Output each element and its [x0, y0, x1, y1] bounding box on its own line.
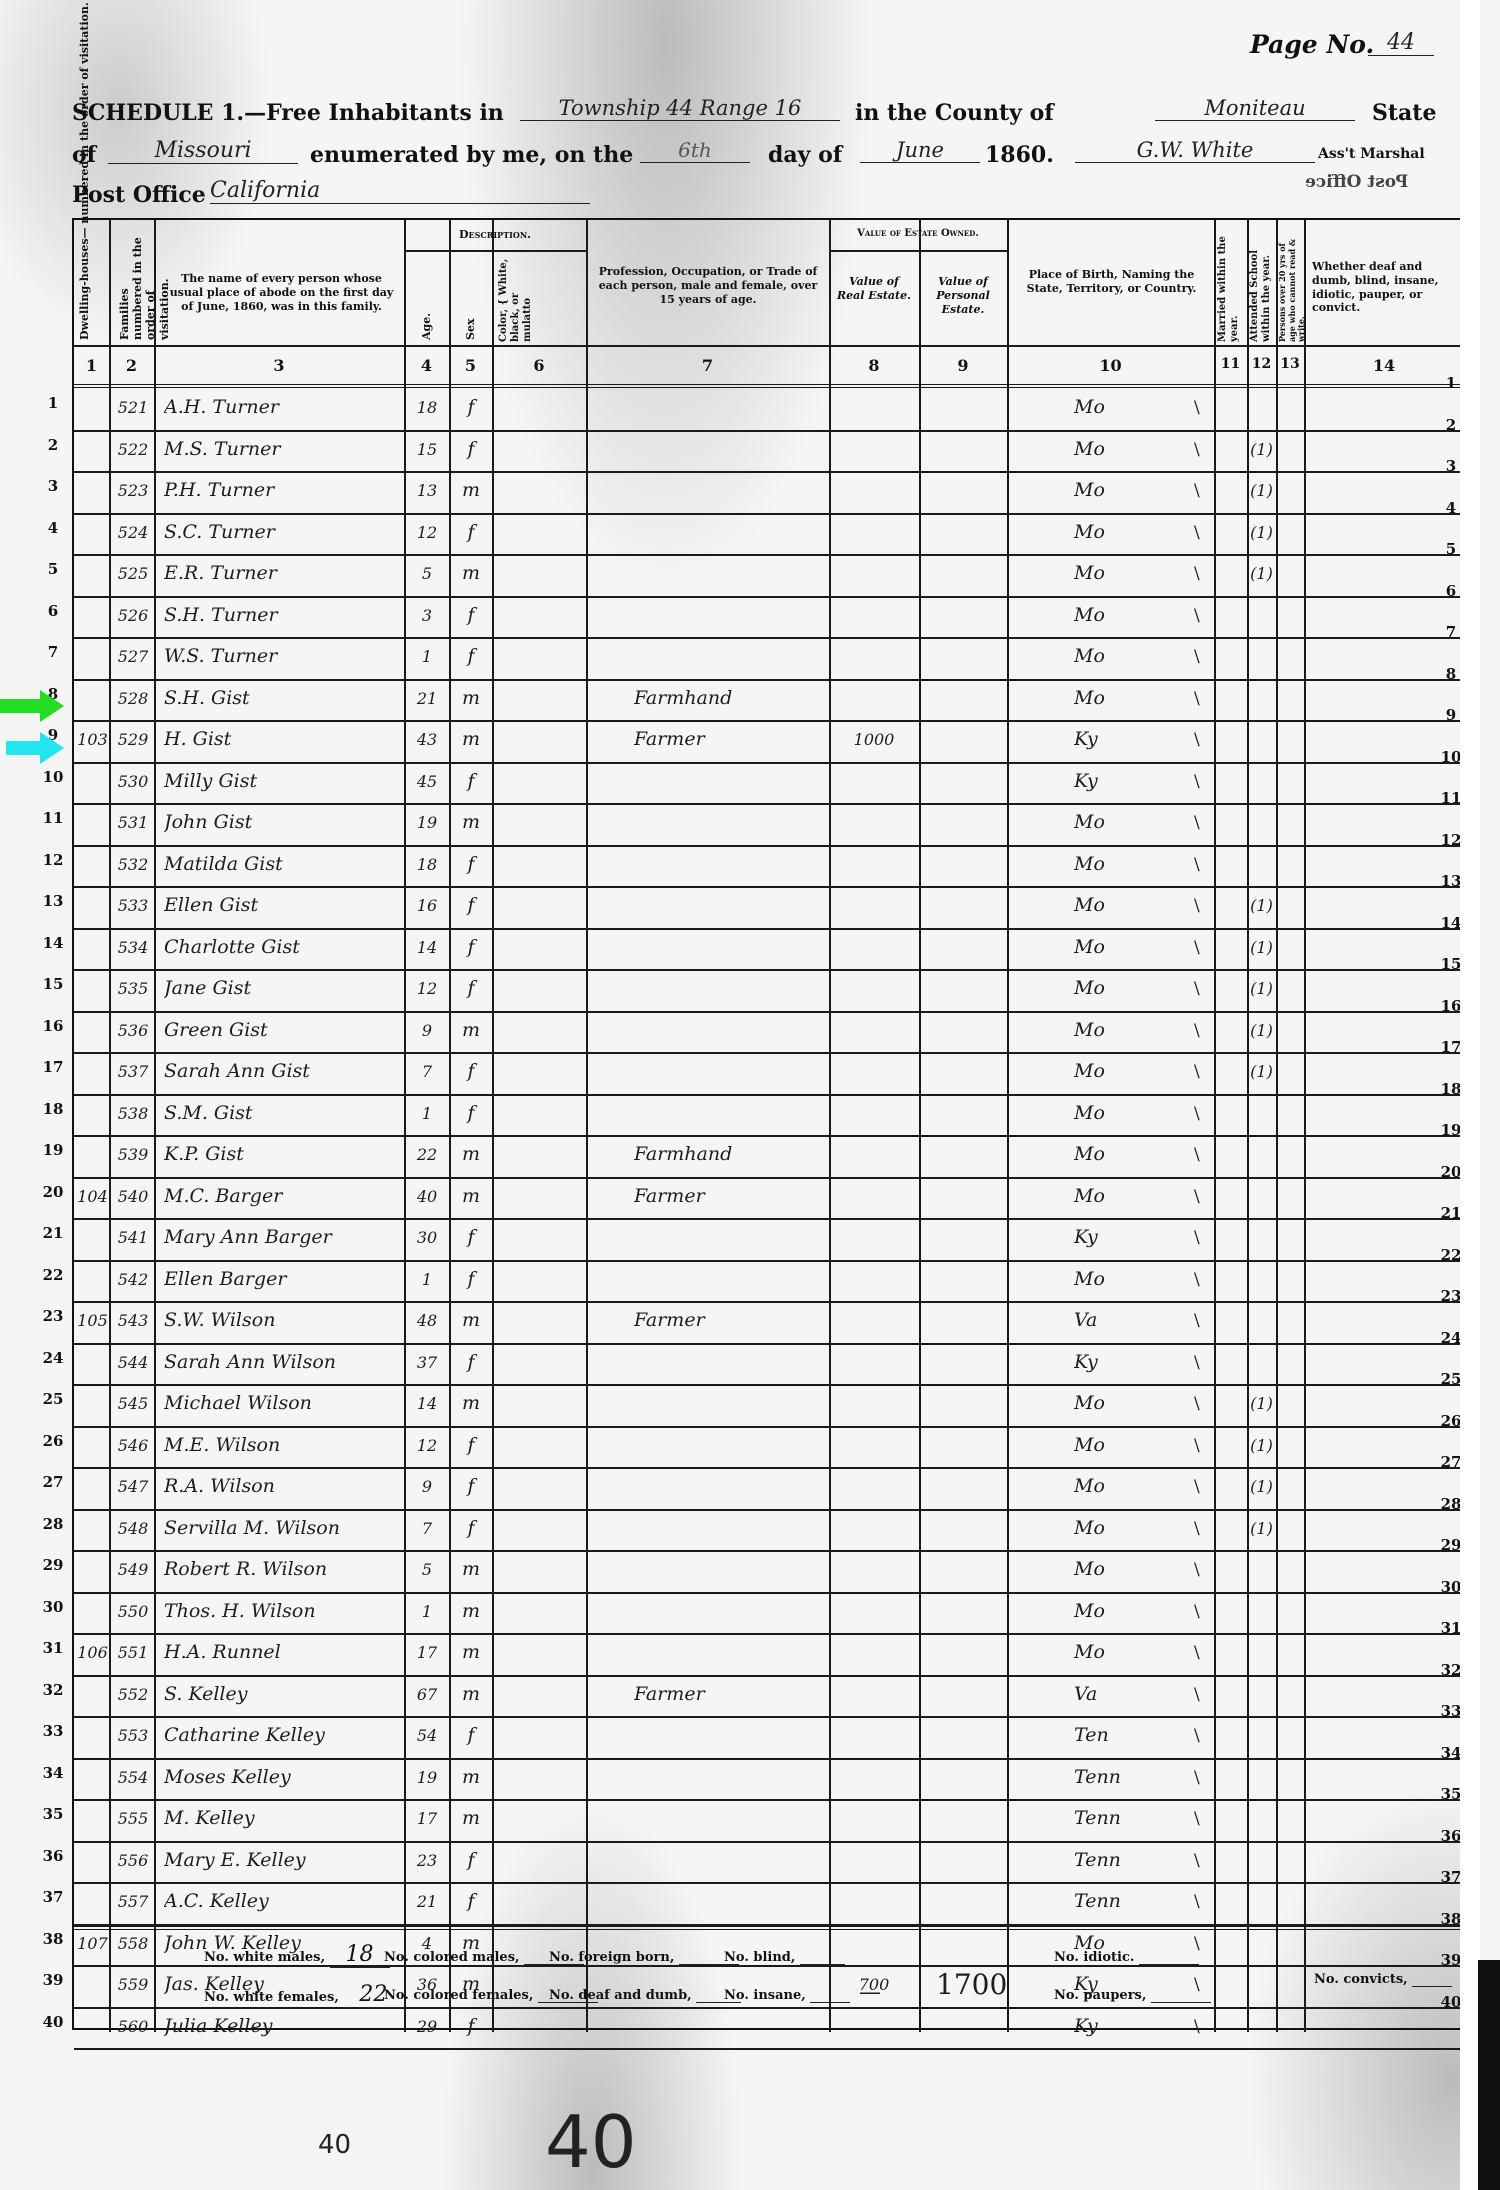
col-number: 3 — [154, 356, 404, 375]
sex: m — [451, 687, 491, 709]
birthplace: Ky — [1074, 770, 1154, 792]
birthplace: Mo — [1074, 1475, 1154, 1497]
sex: m — [451, 1558, 491, 1580]
birthplace: Mo — [1074, 1060, 1154, 1082]
line-number-left: 38 — [38, 1930, 68, 1948]
family-number: 540 — [112, 1187, 154, 1206]
person-name: S.H. Turner — [164, 604, 402, 626]
line-number-left: 21 — [38, 1224, 68, 1242]
occupation: Farmhand — [634, 1143, 824, 1165]
sex: f — [451, 894, 491, 916]
school-mark: (1) — [1247, 1436, 1276, 1455]
school-mark: (1) — [1247, 896, 1276, 915]
dwelling-number: 104 — [76, 1187, 109, 1206]
sex: m — [451, 1143, 491, 1165]
line-number-left: 7 — [38, 643, 68, 661]
person-name: Ellen Barger — [164, 1268, 402, 1290]
family-number: 556 — [112, 1851, 154, 1870]
enumerated-label: enumerated by me, on the — [310, 142, 633, 168]
line-number-left: 37 — [38, 1888, 68, 1906]
line-number-left: 24 — [38, 1349, 68, 1367]
sex: m — [451, 1683, 491, 1705]
post-office-label: Post Office — [72, 182, 206, 208]
family-number: 527 — [112, 647, 154, 666]
row-divider — [74, 1467, 1468, 1469]
sex: m — [451, 562, 491, 584]
age: 7 — [406, 1519, 448, 1538]
sex: m — [451, 1641, 491, 1663]
col-number: 1 — [74, 356, 109, 375]
line-number-left: 32 — [38, 1681, 68, 1699]
birthplace: Ky — [1074, 728, 1154, 750]
line-number-left: 10 — [38, 768, 68, 786]
line-number-left: 35 — [38, 1805, 68, 1823]
line-number-left: 12 — [38, 851, 68, 869]
tick-mark: \ — [1194, 1892, 1200, 1912]
county-label: in the County of — [855, 100, 1054, 126]
col-header-occupation: Profession, Occupation, or Trade of each… — [594, 265, 822, 306]
family-number: 534 — [112, 938, 154, 957]
row-divider — [74, 2048, 1468, 2050]
line-number-left: 18 — [38, 1100, 68, 1118]
line-number-left: 1 — [38, 394, 68, 412]
sex: f — [451, 1475, 491, 1497]
line-number-left: 40 — [38, 2013, 68, 2031]
birthplace: Mo — [1074, 645, 1154, 667]
row-divider — [74, 430, 1468, 432]
tick-mark: \ — [1194, 979, 1200, 999]
col-number: 7 — [586, 356, 829, 375]
row-divider — [74, 1799, 1468, 1801]
family-number: 555 — [112, 1809, 154, 1828]
row-divider — [74, 1716, 1468, 1718]
occupation: Farmer — [634, 1185, 824, 1207]
line-number-left: 23 — [38, 1307, 68, 1325]
age: 18 — [406, 398, 448, 417]
person-name: Mary E. Kelley — [164, 1849, 402, 1871]
mirrored-bleed-text: Post Office — [1305, 172, 1408, 192]
birthplace: Ky — [1074, 1226, 1154, 1248]
age: 40 — [406, 1187, 448, 1206]
col-number: 8 — [829, 356, 919, 375]
birthplace: Ky — [1074, 2015, 1154, 2037]
family-number: 533 — [112, 896, 154, 915]
year-label: 1860. — [985, 142, 1054, 168]
family-number: 553 — [112, 1726, 154, 1745]
person-name: Thos. H. Wilson — [164, 1600, 402, 1622]
birthplace: Mo — [1074, 687, 1154, 709]
birthplace: Va — [1074, 1309, 1154, 1331]
col-number: 13 — [1276, 356, 1304, 372]
age: 9 — [406, 1021, 448, 1040]
census-page: Page No. 44 SCHEDULE 1.—Free Inhabitants… — [0, 0, 1480, 2190]
family-number: 522 — [112, 440, 154, 459]
age: 9 — [406, 1477, 448, 1496]
tick-mark: \ — [1194, 1062, 1200, 1082]
family-number: 559 — [112, 1975, 154, 1994]
tick-mark: \ — [1194, 523, 1200, 543]
col-number: 2 — [109, 356, 154, 375]
person-name: Matilda Gist — [164, 853, 402, 875]
school-mark: (1) — [1247, 1477, 1276, 1496]
family-number: 547 — [112, 1477, 154, 1496]
birthplace: Ky — [1074, 1351, 1154, 1373]
person-name: Mary Ann Barger — [164, 1226, 402, 1248]
col-header-family: Families numbered in the order of visita… — [118, 230, 171, 340]
family-number: 535 — [112, 979, 154, 998]
family-number: 543 — [112, 1311, 154, 1330]
sex: m — [451, 1019, 491, 1041]
day-of-label: day of — [768, 142, 842, 168]
school-mark: (1) — [1247, 1519, 1276, 1538]
person-name: Milly Gist — [164, 770, 402, 792]
personal-estate-total: 1700 — [936, 1968, 1007, 2001]
line-number-left: 22 — [38, 1266, 68, 1284]
footer-foreign-born: No. foreign born, — [549, 1950, 739, 1965]
line-number-left: 26 — [38, 1432, 68, 1450]
person-name: S.M. Gist — [164, 1102, 402, 1124]
line-number-left: 11 — [38, 809, 68, 827]
tick-mark: \ — [1194, 1519, 1200, 1539]
birthplace: Mo — [1074, 1143, 1154, 1165]
age: 43 — [406, 730, 448, 749]
footer-insane: No. insane, — [724, 1988, 850, 2003]
age: 48 — [406, 1311, 448, 1330]
census-table: Dwelling-houses— numbered in the order o… — [72, 218, 1466, 2030]
line-number-left: 4 — [38, 519, 68, 537]
person-name: Robert R. Wilson — [164, 1558, 402, 1580]
col-number: 14 — [1304, 356, 1464, 375]
schedule-title: SCHEDULE 1.—Free Inhabitants in — [72, 100, 504, 126]
row-divider — [74, 1509, 1468, 1511]
family-number: 537 — [112, 1062, 154, 1081]
township-value: Township 44 Range 16 — [520, 96, 840, 121]
tick-mark: \ — [1194, 2017, 1200, 2037]
birthplace: Ten — [1074, 1724, 1154, 1746]
cyan-arrow-shaft — [6, 741, 42, 755]
col-header-name: The name of every person whose usual pla… — [169, 272, 394, 313]
birthplace: Mo — [1074, 1392, 1154, 1414]
family-number: 526 — [112, 606, 154, 625]
state-label: State — [1372, 100, 1436, 126]
age: 14 — [406, 1394, 448, 1413]
person-name: John Gist — [164, 811, 402, 833]
age: 22 — [406, 1145, 448, 1164]
person-name: M. Kelley — [164, 1807, 402, 1829]
age: 21 — [406, 1892, 448, 1911]
sex: f — [451, 770, 491, 792]
row-divider — [74, 969, 1468, 971]
school-mark: (1) — [1247, 1021, 1276, 1040]
col-header-disability: Whether deaf and dumb, blind, insane, id… — [1312, 260, 1460, 315]
sex: m — [451, 1600, 491, 1622]
family-number: 541 — [112, 1228, 154, 1247]
birthplace: Mo — [1074, 521, 1154, 543]
dwelling-number: 106 — [76, 1643, 109, 1662]
line-number-left: 28 — [38, 1515, 68, 1533]
birthplace: Mo — [1074, 936, 1154, 958]
birthplace: Mo — [1074, 1517, 1154, 1539]
tick-mark: \ — [1194, 1353, 1200, 1373]
tick-mark: \ — [1194, 1809, 1200, 1829]
family-number: 554 — [112, 1768, 154, 1787]
age: 15 — [406, 440, 448, 459]
person-name: E.R. Turner — [164, 562, 402, 584]
family-number: 557 — [112, 1892, 154, 1911]
row-divider — [74, 1758, 1468, 1760]
row-divider — [74, 845, 1468, 847]
sex: f — [451, 1517, 491, 1539]
handwritten-count-small: 40 — [318, 2130, 351, 2160]
sex: f — [451, 2015, 491, 2037]
family-number: 552 — [112, 1685, 154, 1704]
col-number: 6 — [492, 356, 586, 375]
post-office-value: California — [210, 178, 590, 204]
school-mark: (1) — [1247, 979, 1276, 998]
person-name: R.A. Wilson — [164, 1475, 402, 1497]
row-divider — [74, 1343, 1468, 1345]
person-name: M.S. Turner — [164, 438, 402, 460]
birthplace: Mo — [1074, 562, 1154, 584]
sex: m — [451, 811, 491, 833]
family-number: 528 — [112, 689, 154, 708]
person-name: S.C. Turner — [164, 521, 402, 543]
month-value: June — [860, 138, 980, 163]
birthplace: Mo — [1074, 1102, 1154, 1124]
age: 18 — [406, 855, 448, 874]
family-number: 529 — [112, 730, 154, 749]
col-number: 4 — [404, 356, 449, 375]
school-mark: (1) — [1247, 1394, 1276, 1413]
school-mark: (1) — [1247, 440, 1276, 459]
footer-white-females: No. white females, 22 — [204, 1982, 403, 2008]
line-number-left: 5 — [38, 560, 68, 578]
row-divider — [74, 471, 1468, 473]
person-name: K.P. Gist — [164, 1143, 402, 1165]
sex: f — [451, 1226, 491, 1248]
col-header-sex: Sex — [464, 318, 477, 340]
real-estate-value: 1000 — [831, 730, 917, 749]
day-value: 6th — [640, 138, 750, 163]
birthplace: Mo — [1074, 1268, 1154, 1290]
line-number-left: 3 — [38, 477, 68, 495]
tick-mark: \ — [1194, 1270, 1200, 1290]
tick-mark: \ — [1194, 896, 1200, 916]
sex: f — [451, 1060, 491, 1082]
age: 1 — [406, 647, 448, 666]
row-divider — [74, 1260, 1468, 1262]
family-number: 530 — [112, 772, 154, 791]
age: 21 — [406, 689, 448, 708]
row-divider — [74, 1011, 1468, 1013]
birthplace: Tenn — [1074, 1807, 1154, 1829]
tick-mark: \ — [1194, 398, 1200, 418]
person-name: W.S. Turner — [164, 645, 402, 667]
page-number-label: Page No. — [1250, 30, 1374, 59]
col-header-dwelling: Dwelling-houses— numbered in the order o… — [78, 2, 91, 340]
person-name: S.H. Gist — [164, 687, 402, 709]
dwelling-number: 107 — [76, 1934, 109, 1953]
sex: f — [451, 1434, 491, 1456]
person-name: Sarah Ann Wilson — [164, 1351, 402, 1373]
row-divider — [74, 1426, 1468, 1428]
row-divider — [74, 1177, 1468, 1179]
sex: f — [451, 936, 491, 958]
tick-mark: \ — [1194, 813, 1200, 833]
sex: m — [451, 1185, 491, 1207]
person-name: P.H. Turner — [164, 479, 402, 501]
row-divider — [74, 1592, 1468, 1594]
page-edge — [1460, 0, 1480, 2190]
person-name: Ellen Gist — [164, 894, 402, 916]
sex: m — [451, 728, 491, 750]
sex: m — [451, 479, 491, 501]
row-divider — [74, 803, 1468, 805]
person-name: Servilla M. Wilson — [164, 1517, 402, 1539]
sex: m — [451, 1807, 491, 1829]
family-number: 545 — [112, 1394, 154, 1413]
tick-mark: \ — [1194, 564, 1200, 584]
tick-mark: \ — [1194, 1477, 1200, 1497]
age: 16 — [406, 896, 448, 915]
occupation: Farmer — [634, 728, 824, 750]
school-mark: (1) — [1247, 481, 1276, 500]
person-name: Charlotte Gist — [164, 936, 402, 958]
person-name: Jane Gist — [164, 977, 402, 999]
tick-mark: \ — [1194, 647, 1200, 667]
age: 54 — [406, 1726, 448, 1745]
col-header-personal-estate: Value of Personal Estate. — [924, 275, 1002, 316]
age: 12 — [406, 523, 448, 542]
tick-mark: \ — [1194, 1311, 1200, 1331]
sex: f — [451, 853, 491, 875]
row-divider — [74, 637, 1468, 639]
person-name: M.C. Barger — [164, 1185, 402, 1207]
tick-mark: \ — [1194, 1768, 1200, 1788]
marshal-name: G.W. White — [1075, 138, 1315, 163]
tick-mark: \ — [1194, 689, 1200, 709]
person-name: A.H. Turner — [164, 396, 402, 418]
family-number: 551 — [112, 1643, 154, 1662]
family-number: 558 — [112, 1934, 154, 1953]
age: 7 — [406, 1062, 448, 1081]
age: 12 — [406, 1436, 448, 1455]
birthplace: Mo — [1074, 604, 1154, 626]
tick-mark: \ — [1194, 1145, 1200, 1165]
age: 67 — [406, 1685, 448, 1704]
family-number: 546 — [112, 1436, 154, 1455]
person-name: S.W. Wilson — [164, 1309, 402, 1331]
handwritten-count-large: 40 — [545, 2100, 637, 2184]
family-number: 544 — [112, 1353, 154, 1372]
row-divider — [74, 1301, 1468, 1303]
tick-mark: \ — [1194, 1228, 1200, 1248]
col-header-birthplace: Place of Birth, Naming the State, Territ… — [1019, 268, 1204, 296]
line-number-left: 33 — [38, 1722, 68, 1740]
tick-mark: \ — [1194, 1602, 1200, 1622]
age: 1 — [406, 1270, 448, 1289]
birthplace: Mo — [1074, 1558, 1154, 1580]
sex: f — [451, 396, 491, 418]
family-number: 542 — [112, 1270, 154, 1289]
person-name: M.E. Wilson — [164, 1434, 402, 1456]
row-divider — [74, 720, 1468, 722]
line-number-left: 6 — [38, 602, 68, 620]
birthplace: Va — [1074, 1683, 1154, 1705]
tick-mark: \ — [1194, 1685, 1200, 1705]
age: 1 — [406, 1602, 448, 1621]
footer-white-males: No. white males, 18 — [204, 1942, 390, 1968]
age: 3 — [406, 606, 448, 625]
row-divider — [74, 1841, 1468, 1843]
school-mark: (1) — [1247, 564, 1276, 583]
marshal-label: Ass't Marshal — [1318, 146, 1425, 162]
row-divider — [74, 1094, 1468, 1096]
row-divider — [74, 1633, 1468, 1635]
tick-mark: \ — [1194, 1726, 1200, 1746]
cyan-arrow-head — [40, 732, 64, 764]
person-name: S. Kelley — [164, 1683, 402, 1705]
line-number-left: 2 — [38, 436, 68, 454]
birthplace: Mo — [1074, 1641, 1154, 1663]
col-header-illiterate: Persons over 20 yrs of age who cannot re… — [1278, 227, 1307, 342]
row-divider — [74, 554, 1468, 556]
age: 17 — [406, 1643, 448, 1662]
line-number-left: 39 — [38, 1971, 68, 1989]
family-number: 524 — [112, 523, 154, 542]
family-number: 525 — [112, 564, 154, 583]
birthplace: Mo — [1074, 894, 1154, 916]
tick-mark: \ — [1194, 1187, 1200, 1207]
row-divider — [74, 679, 1468, 681]
age: 13 — [406, 481, 448, 500]
footer-blind: No. blind, — [724, 1950, 845, 1965]
age: 1 — [406, 1104, 448, 1123]
line-number-left: 16 — [38, 1017, 68, 1035]
tick-mark: \ — [1194, 1643, 1200, 1663]
sex: f — [451, 438, 491, 460]
sex: f — [451, 645, 491, 667]
sex: f — [451, 604, 491, 626]
family-number: 532 — [112, 855, 154, 874]
person-name: Catharine Kelley — [164, 1724, 402, 1746]
school-mark: (1) — [1247, 523, 1276, 542]
col-header-married: Married within the year. — [1217, 227, 1241, 342]
age: 45 — [406, 772, 448, 791]
family-number: 548 — [112, 1519, 154, 1538]
row-divider — [74, 1052, 1468, 1054]
row-divider — [74, 1218, 1468, 1220]
row-divider — [74, 1384, 1468, 1386]
line-number-left: 34 — [38, 1764, 68, 1782]
tick-mark: \ — [1194, 1021, 1200, 1041]
family-number: 538 — [112, 1104, 154, 1123]
tick-mark: \ — [1194, 938, 1200, 958]
age: 19 — [406, 813, 448, 832]
person-name: A.C. Kelley — [164, 1890, 402, 1912]
green-arrow-shaft — [0, 699, 42, 713]
school-mark: (1) — [1247, 1062, 1276, 1081]
family-number: 536 — [112, 1021, 154, 1040]
line-number-left: 29 — [38, 1556, 68, 1574]
person-name: Green Gist — [164, 1019, 402, 1041]
sex: m — [451, 1392, 491, 1414]
person-name: H. Gist — [164, 728, 402, 750]
tick-mark: \ — [1194, 855, 1200, 875]
line-number-left: 14 — [38, 934, 68, 952]
white-males-count: 18 — [330, 1942, 390, 1968]
col-header-real-estate: Value of Real Estate. — [834, 275, 914, 303]
